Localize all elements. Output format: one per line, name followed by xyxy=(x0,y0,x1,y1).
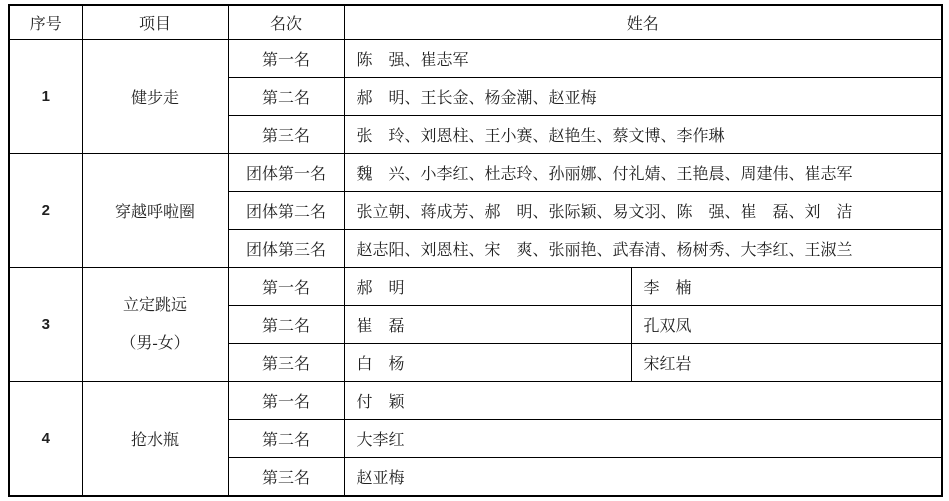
names-cell: 大李红 xyxy=(344,420,942,458)
names-cell: 付 颖 xyxy=(344,382,942,420)
rank-cell: 第二名 xyxy=(228,306,344,344)
event-cell: 穿越呼啦圈 xyxy=(82,154,228,268)
names-cell: 赵志阳、刘恩柱、宋 爽、张丽艳、武春清、杨树秀、大李红、王淑兰 xyxy=(344,230,942,268)
names-cell: 郝 明、王长金、杨金潮、赵亚梅 xyxy=(344,78,942,116)
names-cell-2: 李 楠 xyxy=(631,268,942,306)
rank-cell: 第三名 xyxy=(228,116,344,154)
event-cell: 立定跳远 （男-女） xyxy=(82,268,228,382)
rank-cell: 第二名 xyxy=(228,420,344,458)
rank-cell: 第一名 xyxy=(228,268,344,306)
rank-cell: 团体第二名 xyxy=(228,192,344,230)
serial-cell: 2 xyxy=(9,154,82,268)
results-table: 序号 项目 名次 姓名 1 健步走 第一名 陈 强、崔志军 第二名 郝 明、王长… xyxy=(8,4,943,497)
serial-cell: 3 xyxy=(9,268,82,382)
header-rank: 名次 xyxy=(228,5,344,40)
header-serial: 序号 xyxy=(9,5,82,40)
header-event: 项目 xyxy=(82,5,228,40)
event-line-2: （男-女） xyxy=(83,334,228,353)
header-name: 姓名 xyxy=(344,5,942,40)
serial-cell: 4 xyxy=(9,382,82,497)
rank-cell: 第二名 xyxy=(228,78,344,116)
document-page: 序号 项目 名次 姓名 1 健步走 第一名 陈 强、崔志军 第二名 郝 明、王长… xyxy=(0,0,949,501)
names-cell: 张立朝、蒋成芳、郝 明、张际颖、易文羽、陈 强、崔 磊、刘 洁 xyxy=(344,192,942,230)
header-row: 序号 项目 名次 姓名 xyxy=(9,5,942,40)
event-cell: 健步走 xyxy=(82,40,228,154)
table-row: 1 健步走 第一名 陈 强、崔志军 xyxy=(9,40,942,78)
names-cell: 魏 兴、小李红、杜志玲、孙丽娜、付礼婧、王艳晨、周建伟、崔志军 xyxy=(344,154,942,192)
serial-cell: 1 xyxy=(9,40,82,154)
names-cell: 白 杨 xyxy=(344,344,631,382)
rank-cell: 第一名 xyxy=(228,382,344,420)
table-row: 4 抢水瓶 第一名 付 颖 xyxy=(9,382,942,420)
names-cell: 陈 强、崔志军 xyxy=(344,40,942,78)
rank-cell: 第三名 xyxy=(228,458,344,497)
names-cell: 崔 磊 xyxy=(344,306,631,344)
names-cell-2: 宋红岩 xyxy=(631,344,942,382)
names-cell: 郝 明 xyxy=(344,268,631,306)
names-cell-2: 孔双凤 xyxy=(631,306,942,344)
table-row: 3 立定跳远 （男-女） 第一名 郝 明 李 楠 xyxy=(9,268,942,306)
rank-cell: 第一名 xyxy=(228,40,344,78)
event-line-1: 立定跳远 xyxy=(83,296,228,315)
rank-cell: 第三名 xyxy=(228,344,344,382)
names-cell: 张 玲、刘恩柱、王小赛、赵艳生、蔡文博、李作琳 xyxy=(344,116,942,154)
names-cell: 赵亚梅 xyxy=(344,458,942,497)
rank-cell: 团体第一名 xyxy=(228,154,344,192)
table-row: 2 穿越呼啦圈 团体第一名 魏 兴、小李红、杜志玲、孙丽娜、付礼婧、王艳晨、周建… xyxy=(9,154,942,192)
rank-cell: 团体第三名 xyxy=(228,230,344,268)
event-cell: 抢水瓶 xyxy=(82,382,228,497)
